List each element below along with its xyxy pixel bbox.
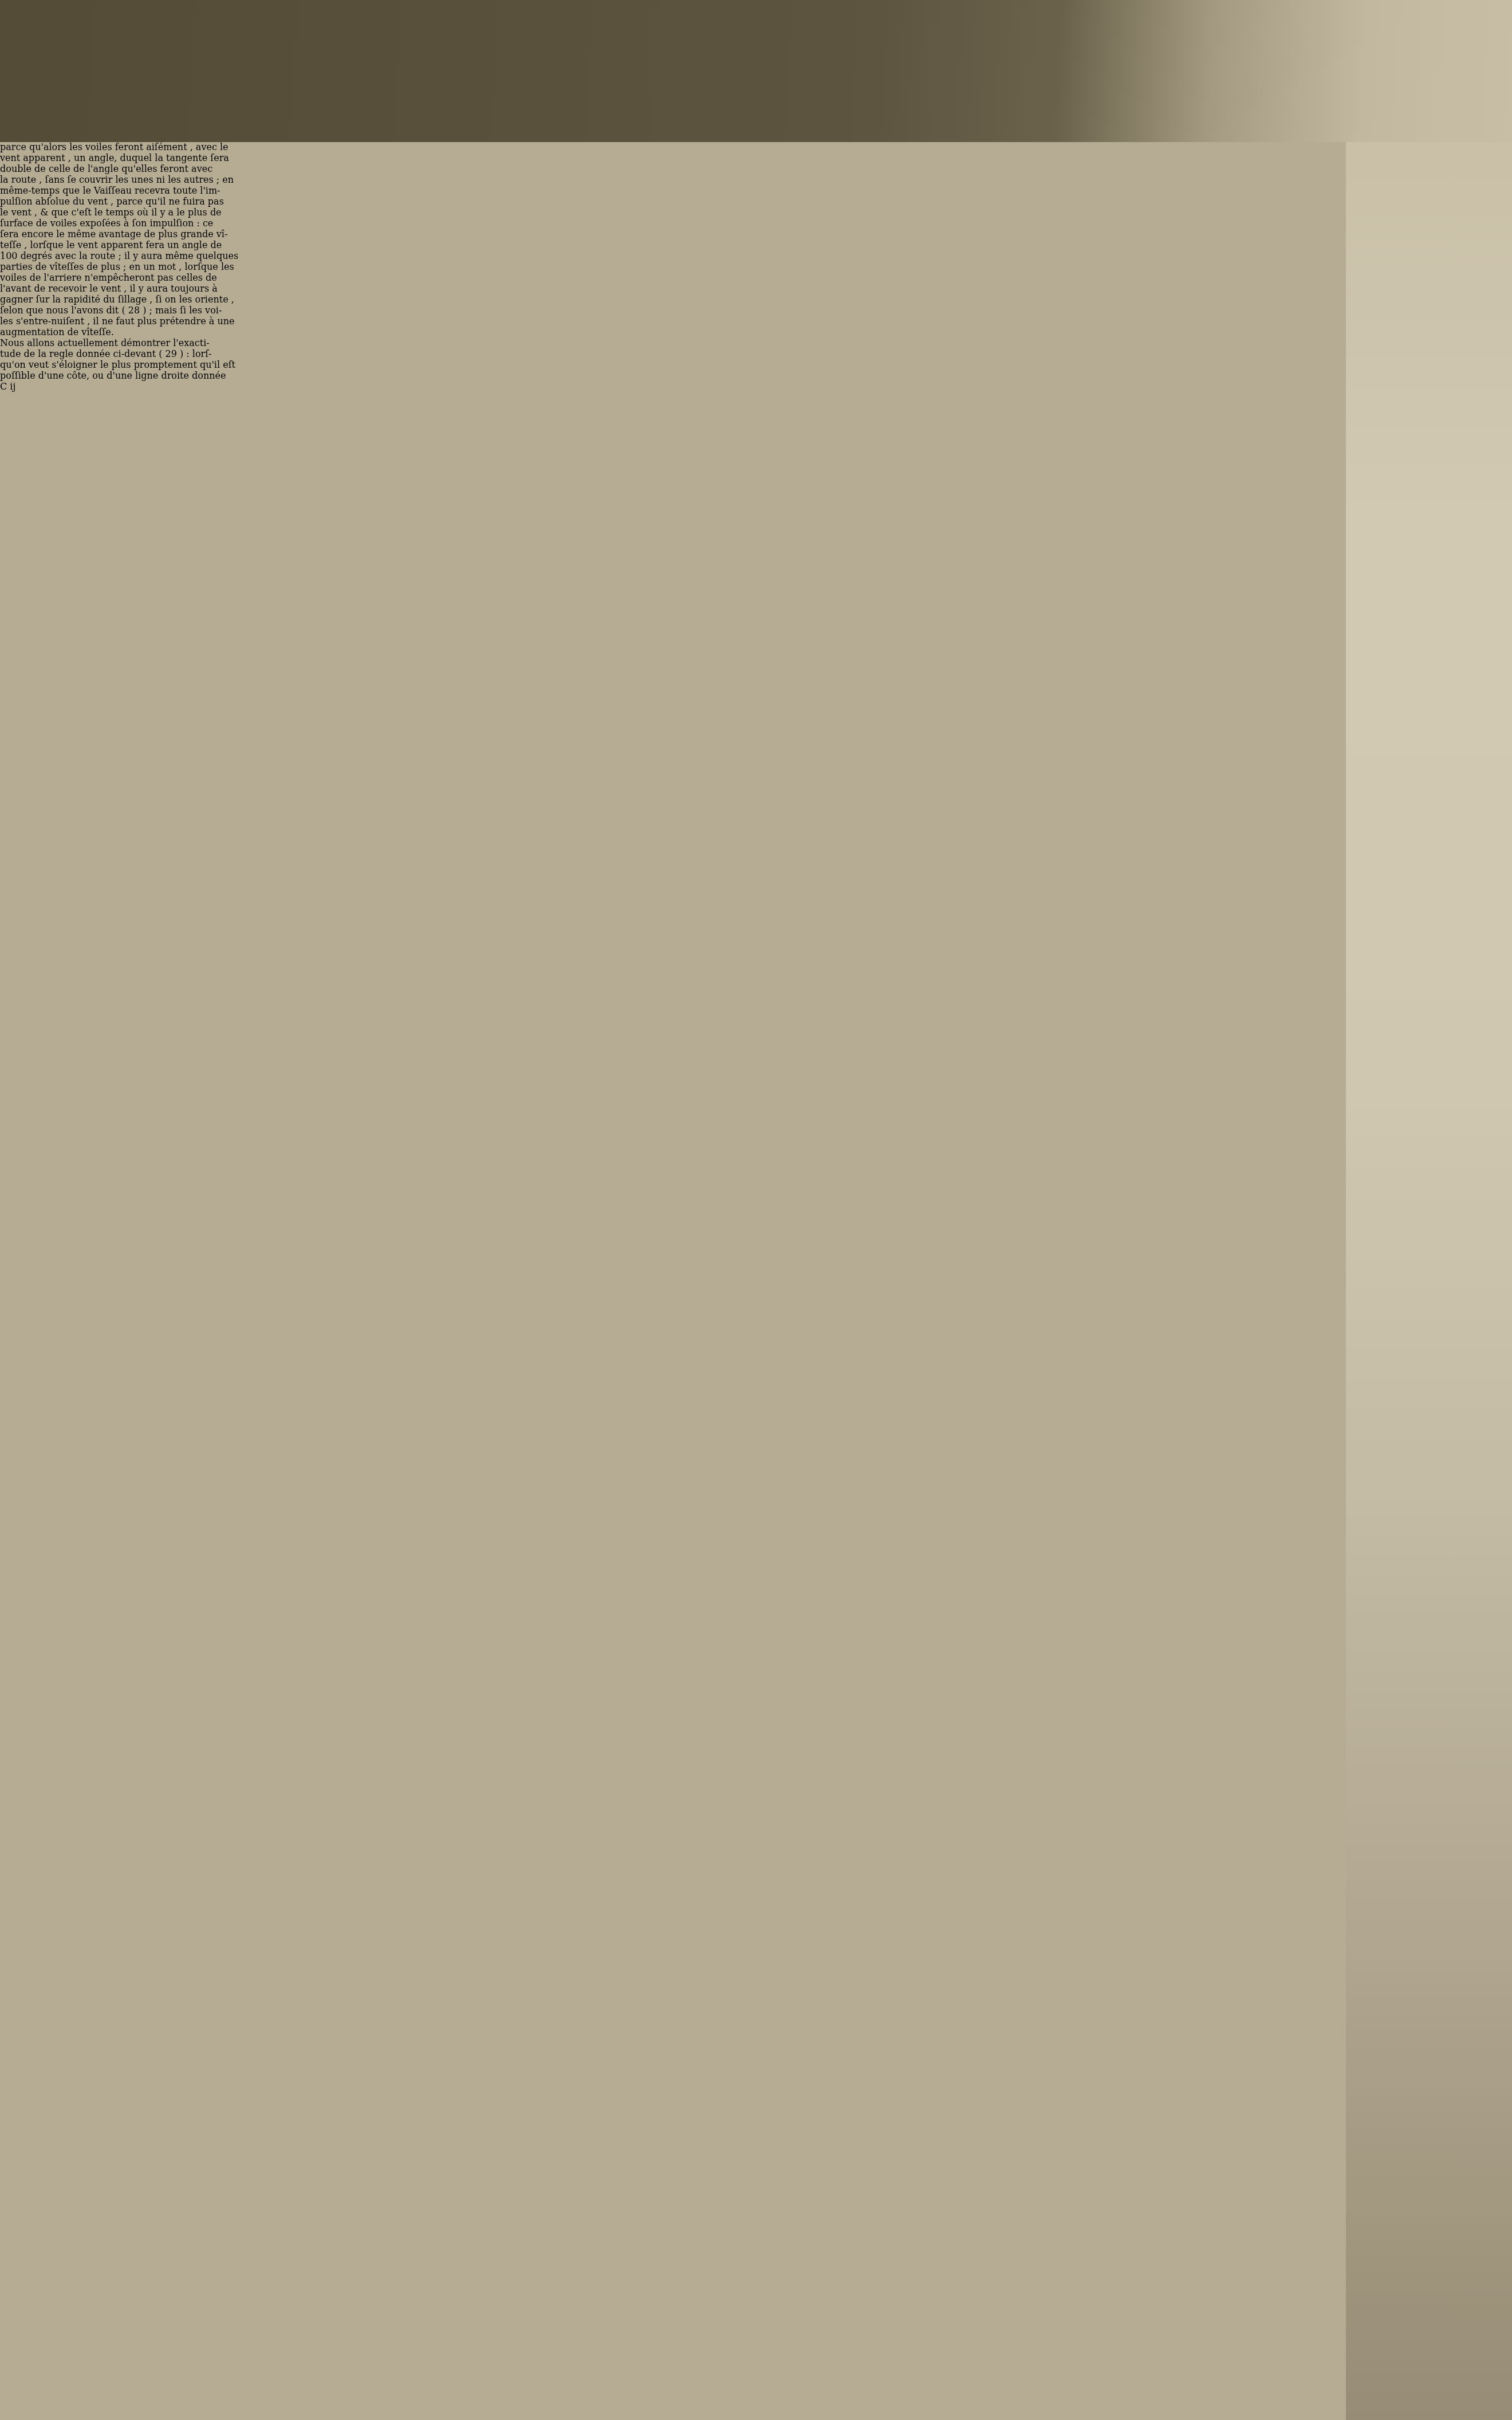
text-line: pulſion abſolue du vent , parce qu'il ne… <box>0 196 1512 207</box>
text-line: l'avant de recevoir le vent , il y aura … <box>0 283 1512 294</box>
text-line: ſera encore le même avantage de plus gra… <box>0 229 1512 239</box>
text-line: augmentation de vîteſſe. <box>0 327 1512 337</box>
text-line: gagner ſur la rapidité du ſillage , ſi o… <box>0 294 1512 305</box>
text-line: tude de la regle donnée ci-devant ( 29 )… <box>0 348 1512 359</box>
photo-backdrop: { "palette":{ "page_cream":"#ebe5ba", "i… <box>0 0 1512 2420</box>
background-right <box>1346 0 1512 2420</box>
text-line: ſelon que nous l'avons dit ( 28 ) ; mais… <box>0 305 1512 316</box>
table-surface-top <box>0 0 1512 142</box>
text-line: double de celle de l'angle qu'elles fero… <box>0 163 1512 174</box>
text-line: même-temps que le Vaiſſeau recevra toute… <box>0 185 1512 196</box>
text-line: Nous allons actuellement démontrer l'exa… <box>0 337 1512 348</box>
text-line: qu'on veut s'éloigner le plus promptemen… <box>0 359 1512 370</box>
text-line: ſurface de voiles expoſées à ſon impulſi… <box>0 218 1512 229</box>
text-line: parties de vîteſſes de plus ; en un mot … <box>0 261 1512 272</box>
text-line: parce qu'alors les voiles feront aiſémen… <box>0 142 1512 152</box>
signature-mark: C ij <box>0 381 1512 392</box>
text-line: 100 degrés avec la route ; il y aura mêm… <box>0 250 1512 261</box>
text-line: poſſible d'une côte, ou d'une ligne droi… <box>0 370 1512 381</box>
text-line: voiles de l'arriere n'empêcheront pas ce… <box>0 272 1512 283</box>
text-line: le vent , & que c'eſt le temps où il y a… <box>0 207 1512 218</box>
text-line: les s'entre-nuiſent , il ne faut plus pr… <box>0 316 1512 327</box>
text-line: vent apparent , un angle, duquel la tang… <box>0 152 1512 163</box>
text-line: la route , ſans ſe couvrir les unes ni l… <box>0 174 1512 185</box>
table-surface-bottom <box>0 2266 1512 2420</box>
text-line: teſſe , lorſque le vent apparent fera un… <box>0 239 1512 250</box>
